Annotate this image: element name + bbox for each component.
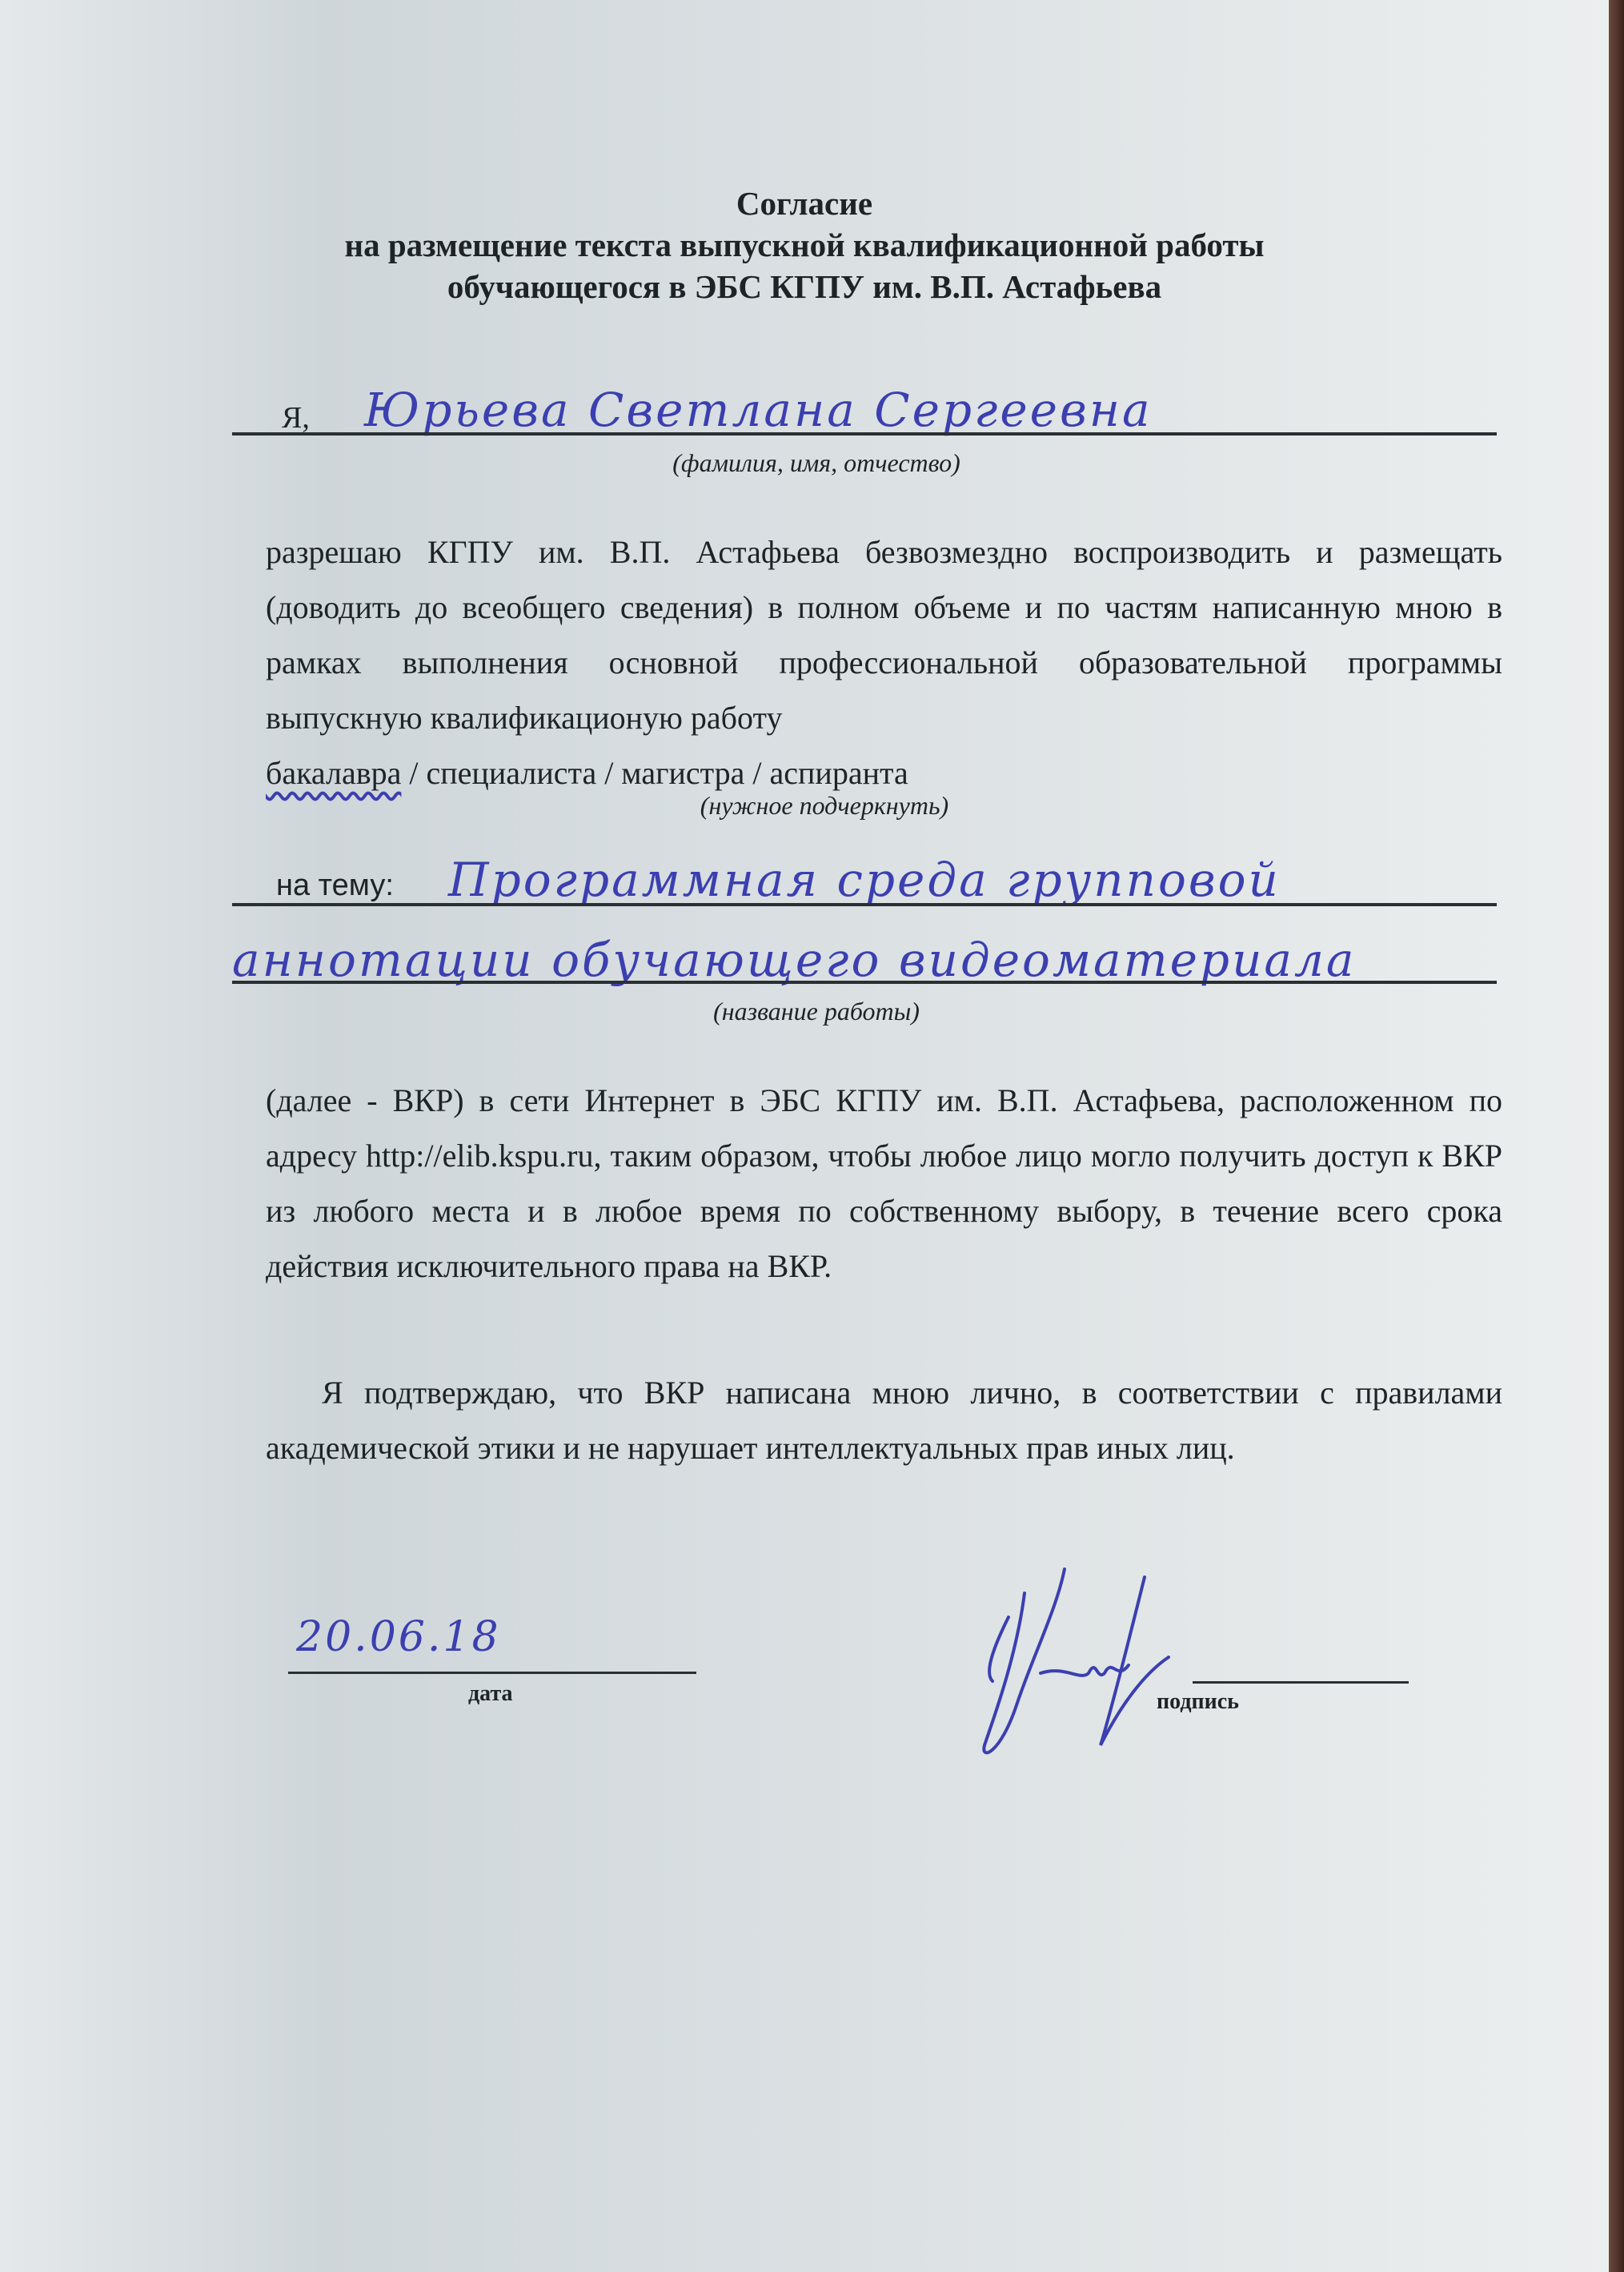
document-title: Согласие на размещение текста выпускной … (0, 183, 1609, 307)
topic-hint: (название работы) (624, 997, 1008, 1026)
degree-hint: (нужное подчеркнуть) (600, 791, 1049, 821)
name-underline (232, 432, 1497, 436)
title-line-1: Согласие (0, 183, 1609, 224)
signature-icon (960, 1561, 1217, 1769)
degree-selected: бакалавра (266, 755, 401, 791)
signature-underline (1193, 1681, 1409, 1684)
topic-handwritten-line-1: Программная среда групповой (448, 853, 1281, 907)
permission-paragraph: разрешаю КГПУ им. В.П. Астафьева безвозм… (266, 524, 1502, 801)
degree-other-options: / специалиста / магистра / аспиранта (401, 755, 908, 791)
topic-handwritten-line-2: аннотации обучающего видеоматериала (232, 933, 1357, 987)
publication-text: (далее - ВКР) в сети Интернет в ЭБС КГПУ… (266, 1073, 1502, 1294)
name-handwritten: Юрьева Светлана Сергеевна (364, 383, 1153, 437)
confirmation-paragraph: Я подтверждаю, что ВКР написана мною лич… (266, 1365, 1502, 1475)
permission-text: разрешаю КГПУ им. В.П. Астафьева безвозм… (266, 524, 1502, 745)
publication-paragraph: (далее - ВКР) в сети Интернет в ЭБС КГПУ… (266, 1073, 1502, 1294)
title-line-2: на размещение текста выпускной квалифика… (0, 224, 1609, 266)
date-label: дата (468, 1681, 513, 1707)
name-prefix: Я, (282, 400, 310, 436)
confirmation-text: Я подтверждаю, что ВКР написана мною лич… (266, 1365, 1502, 1475)
topic-underline-1 (232, 903, 1497, 906)
signature-label: подпись (1157, 1689, 1239, 1715)
topic-underline-2 (232, 981, 1497, 984)
name-hint: (фамилия, имя, отчество) (560, 448, 1073, 478)
document-page: Согласие на размещение текста выпускной … (0, 0, 1609, 2272)
table-edge (1609, 0, 1624, 2272)
topic-prefix: на тему: (276, 869, 394, 903)
date-underline (288, 1672, 696, 1674)
title-line-3: обучающегося в ЭБС КГПУ им. В.П. Астафье… (0, 266, 1609, 307)
date-handwritten: 20.06.18 (296, 1613, 501, 1661)
